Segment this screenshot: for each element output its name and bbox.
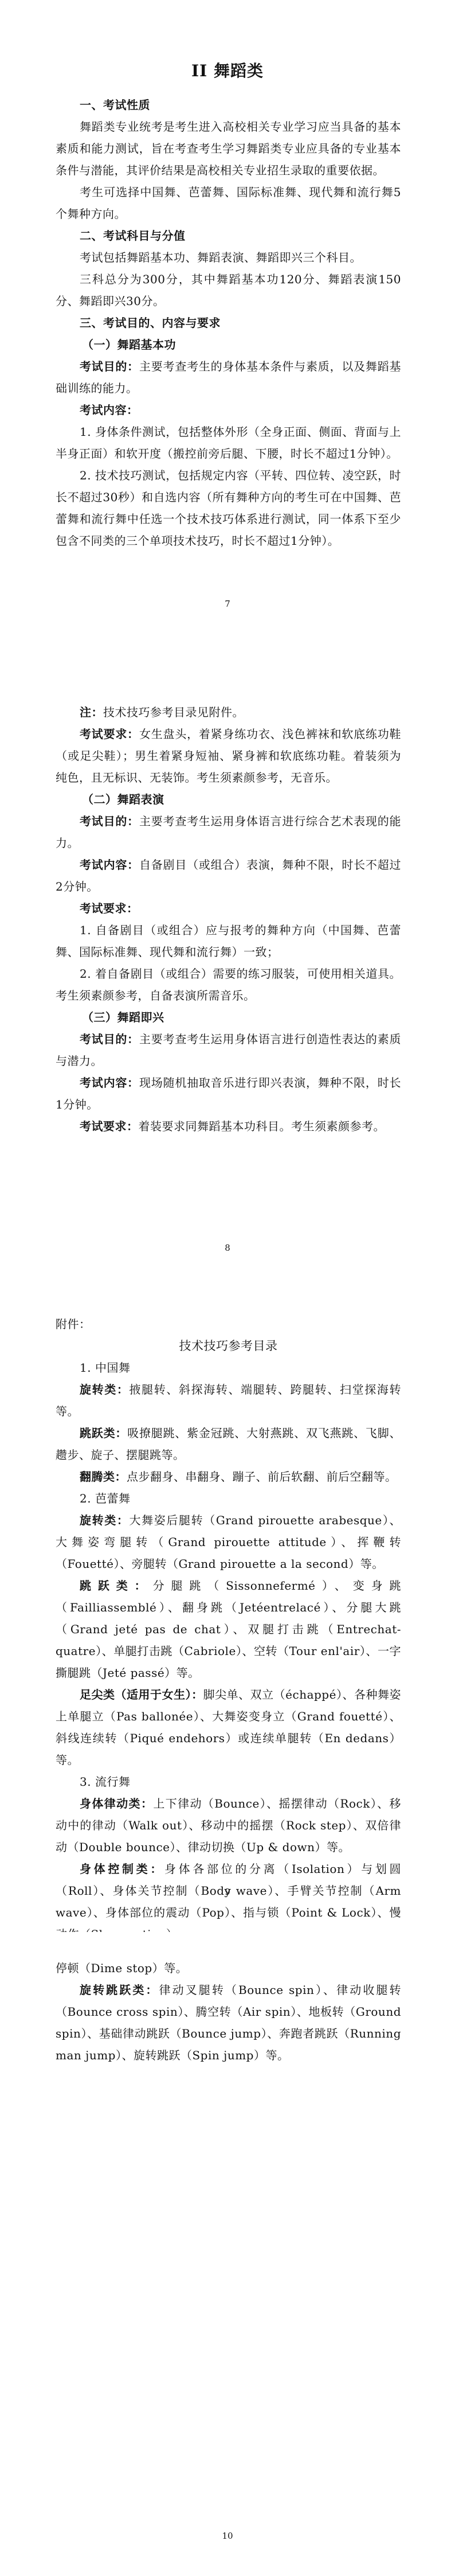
page-content: 附件：技术技巧参考目录1. 中国舞旋转类：掖腿转、斜探海转、端腿转、跨腿转、扫堂… (56, 1313, 401, 1932)
paragraph: 考试目的：主要考查考生运用身体语言进行综合艺术表现的能力。 (56, 810, 401, 854)
paragraph-label: 考试要求： (80, 1119, 139, 1133)
page-10: 停顿（Dime stop）等。旋转跳跃类：律动叉腿转（Bounce spin）、… (0, 1932, 455, 2576)
paragraph: 旋转跳跃类：律动叉腿转（Bounce spin）、律动收腿转（Bounce cr… (56, 1979, 401, 2066)
paragraph: 1. 自备剧目（或组合）应与报考的舞种方向（中国舞、芭蕾舞、国际标准舞、现代舞和… (56, 919, 401, 963)
paragraph-label: 旋转类： (80, 1383, 129, 1396)
subsection-heading: （一）舞蹈基本功 (56, 334, 401, 356)
page-7: II 舞蹈类 一、考试性质舞蹈类专业统考是考生进入高校相关专业学习应当具备的基本… (0, 0, 455, 644)
paragraph: 考试内容：自备剧目（或组合）表演，舞种不限，时长不超过2分钟。 (56, 854, 401, 897)
paragraph-label: 考试要求： (80, 727, 139, 741)
paragraph-label: 考试内容： (80, 1076, 139, 1090)
paragraph: 旋转类：掖腿转、斜探海转、端腿转、跨腿转、扫堂探海转等。 (56, 1379, 401, 1422)
paragraph: 注：技术技巧参考目录见附件。 (56, 701, 401, 723)
paragraph: 2. 着自备剧目（或组合）需要的练习服装，可使用相关道具。考生须素颜参考，自备表… (56, 963, 401, 1006)
paragraph-label: 旋转跳跃类： (80, 1983, 159, 1997)
paragraph: 2. 技术技巧测试，包括规定内容（平转、四位转、凌空跃，时长不超过30秒）和自选… (56, 465, 401, 552)
paragraph: 跳跃类：分腿跳（Sissonnefermé）、变身跳（Failliassembl… (56, 1575, 401, 1684)
paragraph-label: 跳跃类： (80, 1426, 127, 1440)
subsection-heading: （二）舞蹈表演 (56, 789, 401, 810)
paragraph-text: 1. 中国舞 (80, 1361, 130, 1375)
section-heading: 一、考试性质 (56, 94, 401, 116)
page-8: 注：技术技巧参考目录见附件。考试要求：女生盘头，着紧身练功衣、浅色裤袜和软底练功… (0, 644, 455, 1288)
paragraph-text: 1. 身体条件测试，包括整体外形（全身正面、侧面、背面与上半身正面）和软开度（搬… (56, 425, 401, 460)
paragraph-text: 着装要求同舞蹈基本功科目。考生须素颜参考。 (139, 1119, 386, 1133)
page-content: 停顿（Dime stop）等。旋转跳跃类：律动叉腿转（Bounce spin）、… (56, 1957, 401, 2066)
appendix-title: 技术技巧参考目录 (56, 1335, 401, 1357)
paragraph: 考生可选择中国舞、芭蕾舞、国际标准舞、现代舞和流行舞5个舞种方向。 (56, 181, 401, 225)
paragraph: 考试要求：女生盘头，着紧身练功衣、浅色裤袜和软底练功鞋（或足尖鞋）；男生着紧身短… (56, 723, 401, 789)
paragraph: 翻腾类：点步翻身、串翻身、蹦子、前后软翻、前后空翻等。 (56, 1466, 401, 1488)
section-heading: 三、考试目的、内容与要求 (56, 312, 401, 334)
paragraph: 考试要求： (56, 897, 401, 919)
paragraph-text: 分腿跳（Sissonnefermé）、变身跳（Failliassemblé）、翻… (56, 1579, 401, 1680)
document-title: II 舞蹈类 (0, 60, 455, 83)
paragraph-label: 考试目的： (80, 1032, 139, 1046)
paragraph: 考试包括舞蹈基本功、舞蹈表演、舞蹈即兴三个科目。 (56, 247, 401, 268)
paragraph-label: 考试要求： (80, 901, 139, 915)
paragraph-text: 1. 自备剧目（或组合）应与报考的舞种方向（中国舞、芭蕾舞、国际标准舞、现代舞和… (56, 923, 401, 959)
page-number: 8 (0, 1240, 455, 1255)
document: II 舞蹈类 一、考试性质舞蹈类专业统考是考生进入高校相关专业学习应当具备的基本… (0, 0, 455, 2576)
paragraph: 考试目的：主要考查考生的身体基本条件与素质，以及舞蹈基础训练的能力。 (56, 356, 401, 399)
paragraph: 1. 身体条件测试，包括整体外形（全身正面、侧面、背面与上半身正面）和软开度（搬… (56, 421, 401, 465)
paragraph-label: 考试目的： (80, 814, 139, 828)
paragraph-label: 身体律动类： (80, 1797, 153, 1810)
paragraph-label: 注： (80, 705, 103, 719)
paragraph: 跳跃类：吸撩腿跳、紫金冠跳、大射燕跳、双飞燕跳、飞脚、趱步、旋子、摆腿跳等。 (56, 1422, 401, 1466)
paragraph-label: 足尖类（适用于女生）： (80, 1688, 203, 1701)
paragraph-label: 考试目的： (80, 360, 139, 373)
paragraph: 舞蹈类专业统考是考生进入高校相关专业学习应当具备的基本素质和能力测试，旨在考查考… (56, 116, 401, 181)
paragraph-label: 跳跃类： (80, 1579, 153, 1593)
paragraph: 3. 流行舞 (56, 1771, 401, 1793)
paragraph-label: 翻腾类： (80, 1470, 127, 1484)
section-heading: 二、考试科目与分值 (56, 225, 401, 247)
paragraph: 考试内容：现场随机抽取音乐进行即兴表演，舞种不限，时长1分钟。 (56, 1072, 401, 1115)
paragraph-text: 点步翻身、串翻身、蹦子、前后软翻、前后空翻等。 (127, 1470, 397, 1484)
paragraph-label: 考试内容： (80, 403, 139, 417)
paragraph-text: 考生可选择中国舞、芭蕾舞、国际标准舞、现代舞和流行舞5个舞种方向。 (56, 185, 401, 221)
page-9: 附件：技术技巧参考目录1. 中国舞旋转类：掖腿转、斜探海转、端腿转、跨腿转、扫堂… (0, 1288, 455, 1932)
paragraph: 旋转类：大舞姿后腿转（Grand pirouette arabesque）、大舞… (56, 1509, 401, 1575)
paragraph: 1. 中国舞 (56, 1357, 401, 1379)
paragraph: 附件： (56, 1313, 401, 1335)
paragraph: 考试要求：着装要求同舞蹈基本功科目。考生须素颜参考。 (56, 1115, 401, 1137)
paragraph-text: 三科总分为300分，其中舞蹈基本功120分、舞蹈表演150分、舞蹈即兴30分。 (56, 272, 401, 308)
paragraph-text: 考试包括舞蹈基本功、舞蹈表演、舞蹈即兴三个科目。 (80, 251, 362, 264)
page-content: 注：技术技巧参考目录见附件。考试要求：女生盘头，着紧身练功衣、浅色裤袜和软底练功… (56, 701, 401, 1137)
paragraph-label: 旋转类： (80, 1513, 130, 1527)
page-content: 一、考试性质舞蹈类专业统考是考生进入高校相关专业学习应当具备的基本素质和能力测试… (56, 94, 401, 552)
paragraph-text: 舞蹈类专业统考是考生进入高校相关专业学习应当具备的基本素质和能力测试，旨在考查考… (56, 120, 401, 177)
paragraph: 三科总分为300分，其中舞蹈基本功120分、舞蹈表演150分、舞蹈即兴30分。 (56, 268, 401, 312)
paragraph: 足尖类（适用于女生）：脚尖单、双立（échappé）、各种舞姿上单腿立（Pas … (56, 1684, 401, 1771)
paragraph: 停顿（Dime stop）等。 (56, 1957, 401, 1979)
subsection-heading: （三）舞蹈即兴 (56, 1006, 401, 1028)
paragraph: 考试目的：主要考查考生运用身体语言进行创造性表达的素质与潜力。 (56, 1028, 401, 1072)
page-number: 10 (0, 2528, 455, 2543)
paragraph: 2. 芭蕾舞 (56, 1488, 401, 1509)
paragraph-text: 3. 流行舞 (80, 1775, 130, 1789)
page-number: 9 (0, 1884, 455, 1899)
paragraph-text: 技术技巧参考目录见附件。 (103, 705, 244, 719)
paragraph-label: 考试内容： (80, 858, 139, 872)
paragraph-text: 2. 着自备剧目（或组合）需要的练习服装，可使用相关道具。考生须素颜参考，自备表… (56, 967, 401, 1002)
paragraph-text: 2. 芭蕾舞 (80, 1492, 130, 1505)
paragraph-text: 2. 技术技巧测试，包括规定内容（平转、四位转、凌空跃，时长不超过30秒）和自选… (56, 469, 401, 548)
paragraph: 身体律动类：上下律动（Bounce）、摇摆律动（Rock）、移动中的律动（Wal… (56, 1793, 401, 1858)
page-number: 7 (0, 596, 455, 611)
paragraph-label: 身体控制类： (80, 1862, 164, 1876)
paragraph: 考试内容： (56, 399, 401, 421)
